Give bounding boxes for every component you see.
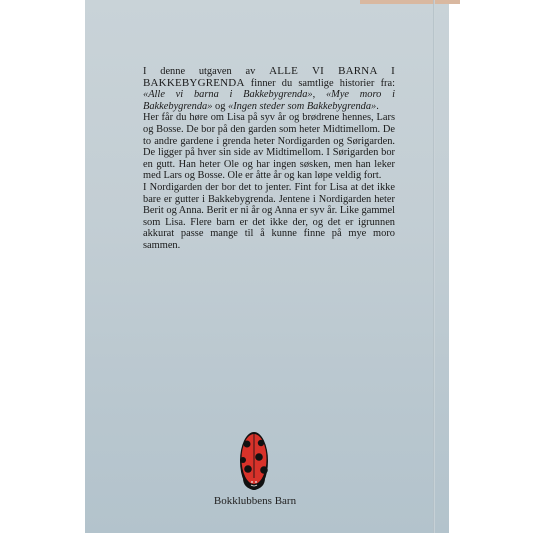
ladybug-icon	[234, 430, 274, 492]
intro-lead: I denne utgaven av	[143, 66, 269, 77]
intro-middle: finner du samtlige historier fra:	[245, 78, 395, 89]
book-edge	[360, 0, 460, 4]
blurb-text: I denne utgaven av ALLE VI BARNA I BAKKE…	[143, 66, 395, 252]
cover-hinge	[433, 0, 435, 533]
period: .	[376, 101, 379, 112]
paragraph-2: Her får du høre om Lisa på syv år og brø…	[143, 112, 395, 182]
publisher-name: Bokklubbens Barn	[180, 495, 330, 507]
book-title-3: «Ingen steder som Bakkebygrenda»	[228, 101, 376, 112]
paragraph-3: I Nordigarden der bor det to jenter. Fin…	[143, 182, 395, 252]
intro-paragraph: I denne utgaven av ALLE VI BARNA I BAKKE…	[143, 66, 395, 112]
and-word: og	[212, 101, 228, 112]
sep: ,	[313, 89, 326, 100]
book-title-1: «Alle vi barna i Bakkebygrenda»	[143, 89, 313, 100]
